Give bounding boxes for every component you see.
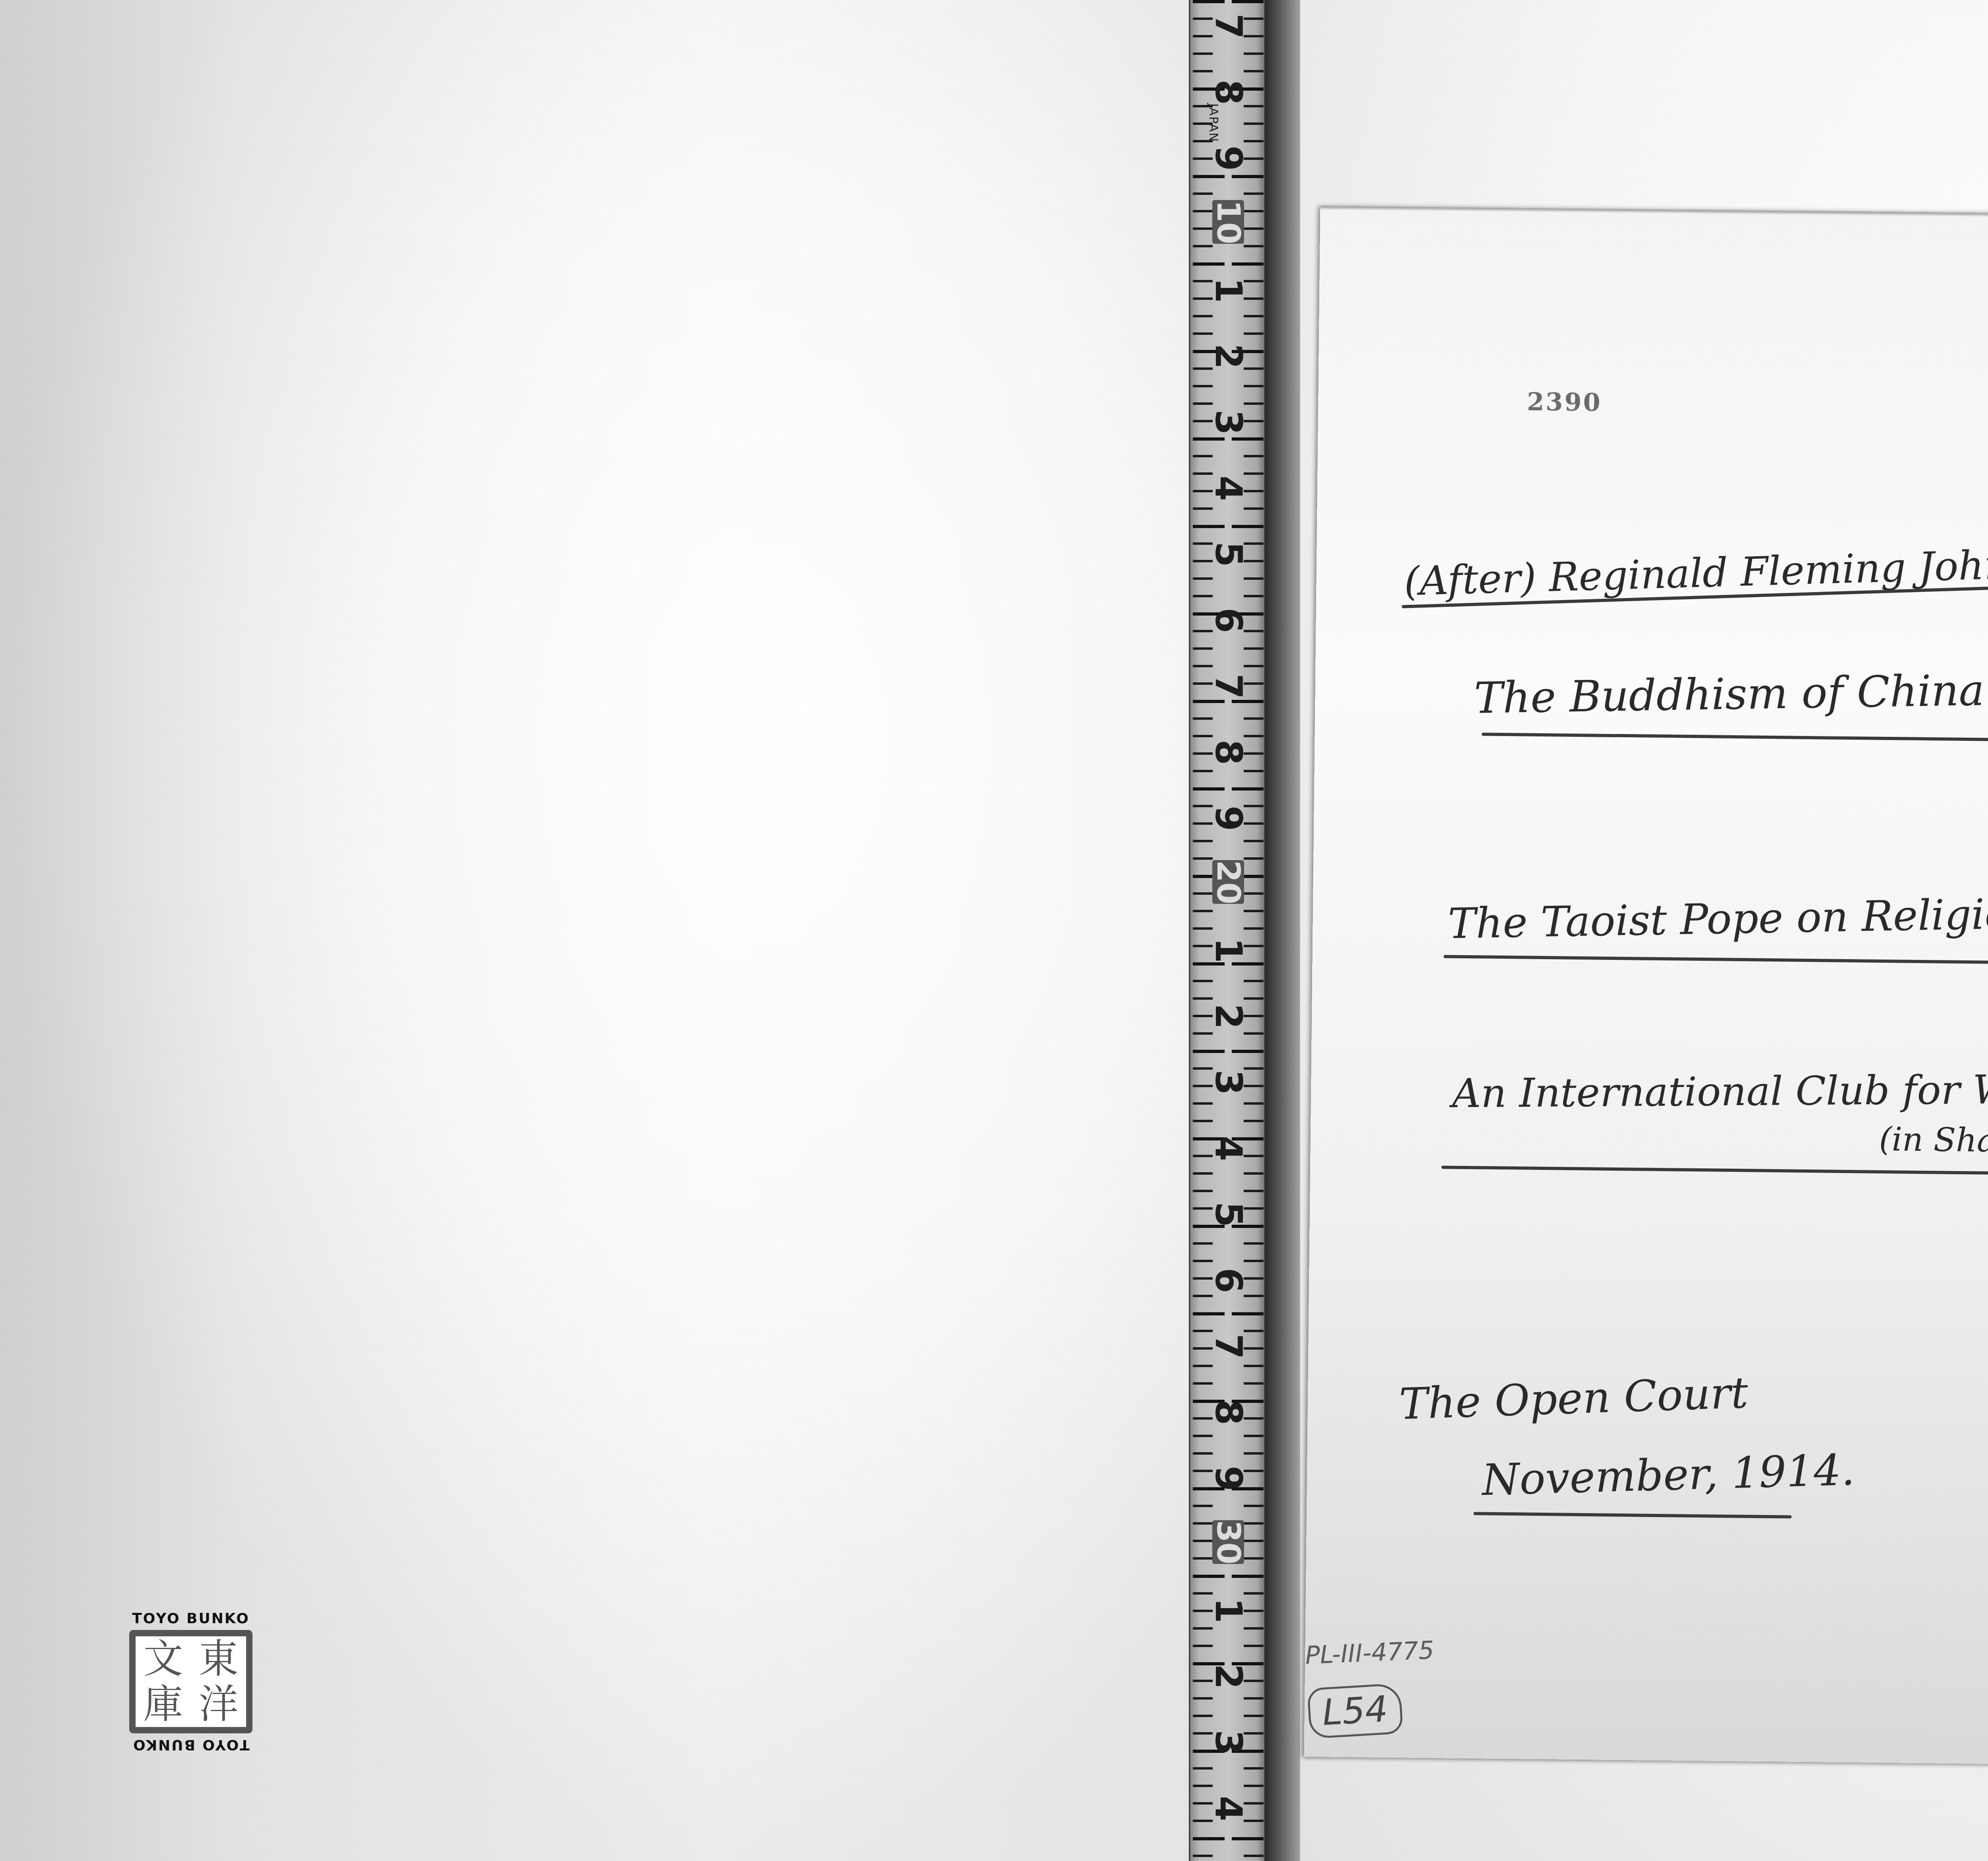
seal-char: 洋 xyxy=(199,1684,239,1724)
ruler-number: 2 xyxy=(1210,1655,1246,1698)
title-taoist-pope: The Taoist Pope on Religion xyxy=(1448,889,1988,948)
ruler-number: 8 xyxy=(1210,1391,1246,1434)
author-line: (After) Reginald Fleming Johnston xyxy=(1404,539,1988,605)
left-page-blank xyxy=(0,0,1189,1861)
ruler-number: 1 xyxy=(1210,929,1246,972)
ruler-number: 6 xyxy=(1210,1259,1246,1302)
ruler-number: 5 xyxy=(1210,532,1246,576)
toyo-bunko-seal-bottom: TOYO BUNKO 文 東 庫 洋 TOYO BUNKO xyxy=(123,1610,258,1753)
ruler-number: 9 xyxy=(1210,1457,1246,1500)
ruler-number: 4 xyxy=(1210,466,1246,510)
ruler-number: 9 xyxy=(1210,796,1246,840)
ruler-number: 4 xyxy=(1210,1787,1246,1830)
ruler-number: 4 xyxy=(1210,1127,1246,1170)
ruler-number: 10 xyxy=(1212,200,1244,244)
source-journal: The Open Court xyxy=(1398,1368,1749,1429)
call-number: PL-III-4775 xyxy=(1305,1636,1435,1670)
ruler-number: 7 xyxy=(1210,1325,1246,1368)
ruler-number: 3 xyxy=(1210,1061,1246,1104)
stamp-number: 2390 xyxy=(1527,387,1602,417)
seal-char: 庫 xyxy=(144,1684,183,1724)
ruler-number: 7 xyxy=(1210,4,1246,48)
ruler-number: 2 xyxy=(1210,334,1246,378)
seal-char: 東 xyxy=(199,1639,239,1679)
title-club-location: (in Shanghai) xyxy=(1879,1121,1988,1161)
ruler-number: 1 xyxy=(1210,268,1246,312)
ruler-number: 6 xyxy=(1210,598,1246,642)
ruler-number: 1 xyxy=(1210,1589,1246,1632)
call-box-label: L54 xyxy=(1307,1683,1403,1739)
ruler-number: 5 xyxy=(1210,1193,1246,1236)
title-club-women: An International Club for Women xyxy=(1452,1066,1988,1117)
ruler-number: 2 xyxy=(1210,995,1246,1038)
source-date-underline xyxy=(1474,1512,1792,1518)
ruler-number: 20 xyxy=(1212,860,1244,904)
ruler-number: 3 xyxy=(1210,1721,1246,1764)
catalogue-slip: 2390 (After) Reginald Fleming Johnston T… xyxy=(1304,206,1988,1766)
measuring-ruler: JAPAN 7891012345678920123456789301234 xyxy=(1189,0,1268,1861)
title-buddhism-underline xyxy=(1482,732,1988,742)
ruler-number: 8 xyxy=(1210,730,1246,774)
ruler-number: 9 xyxy=(1210,136,1246,180)
title-buddhism: The Buddhism of China xyxy=(1474,666,1985,723)
source-date: November, 1914. xyxy=(1481,1445,1856,1505)
seal-emblem-icon: 文 東 庫 洋 xyxy=(129,1630,252,1733)
seal-bottom-label: TOYO BUNKO xyxy=(123,1737,258,1753)
title-club-underline xyxy=(1441,1166,1988,1176)
seal-char: 文 xyxy=(144,1639,183,1679)
ruler-number: 7 xyxy=(1210,664,1246,708)
title-taoist-underline xyxy=(1444,955,1988,964)
ruler-number: 8 xyxy=(1210,70,1246,114)
ruler-number: 3 xyxy=(1210,400,1246,444)
ruler-number: 30 xyxy=(1212,1520,1244,1564)
seal-top-label: TOYO BUNKO xyxy=(123,1610,258,1627)
